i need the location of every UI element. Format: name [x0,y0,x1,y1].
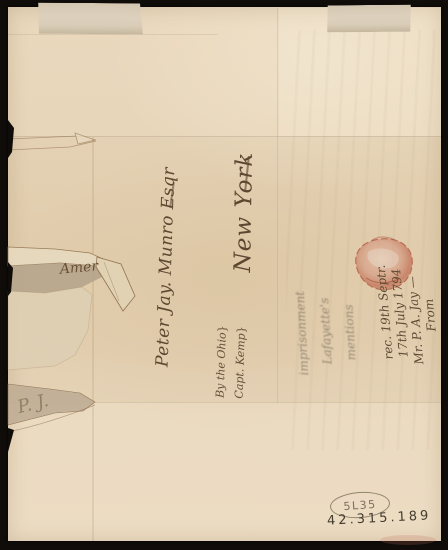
captain-name-text: Capt. Kemp [233,333,248,399]
tape-strip-right [327,5,411,33]
ship-line-1: By the Ohio} [210,325,232,398]
docket-ink: rec. 19th Septr. 17th July 1794 Mr. P. A… [374,260,443,367]
photo-backdrop: Peter Jay. Munro Esqr New York By the Oh… [0,0,448,550]
docket-pencil-line: Lafayette's [312,289,340,375]
address-city: New York [230,151,258,272]
brace-glyph: } [235,326,248,333]
docket-pencil: imprisonment Lafayette's mentions [288,288,364,376]
ship-endorsement: By the Ohio} Capt. Kemp} [210,325,251,399]
brace-glyph: } [216,325,229,332]
docket-pencil-line: mentions [336,288,364,374]
tape-strip-left [38,3,143,35]
ship-name-text: By the Ohio [213,332,228,398]
torn-fragment-inscription: Amer [59,258,99,277]
ship-line-2: Capt. Kemp} [230,326,252,399]
